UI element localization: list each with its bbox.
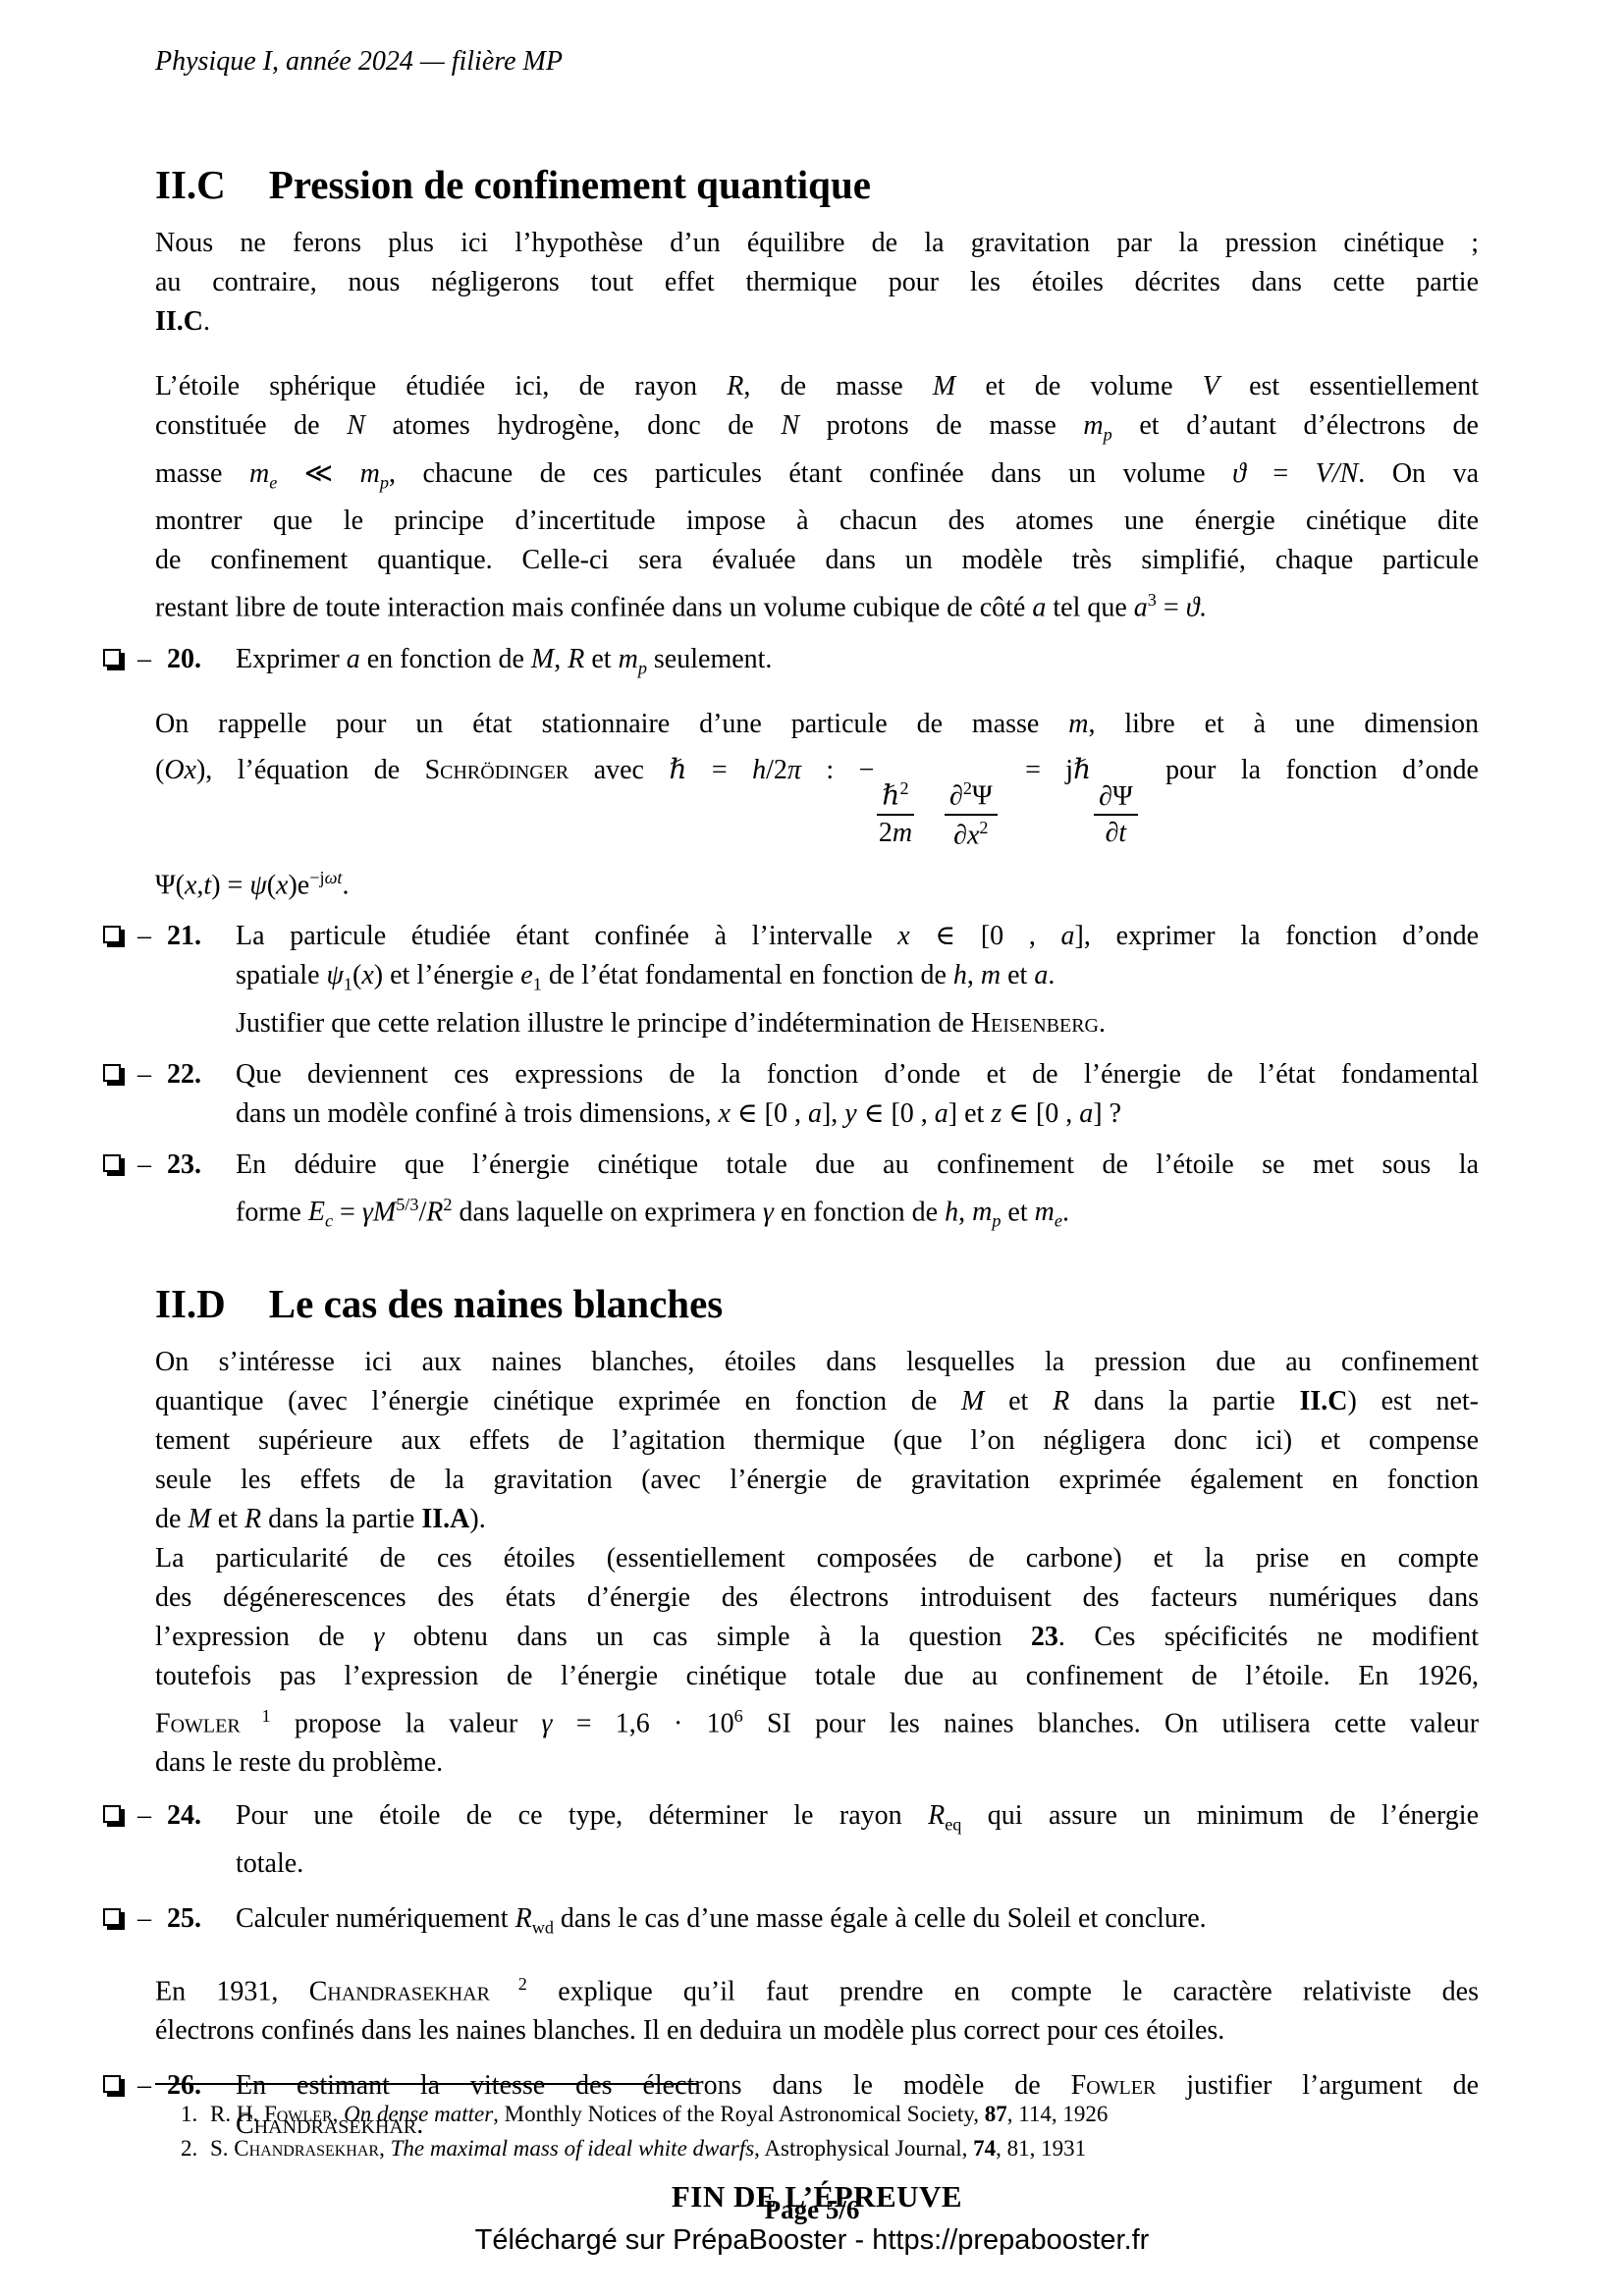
text-line: masse me ≪ mp, chacune de ces particules… [155,454,1479,503]
text-line: Pour une étoile de ce type, déterminer l… [236,1796,1479,1844]
text-line: La particularité de ces étoiles (essenti… [155,1539,1479,1578]
text-line: La particule étudiée étant confinée à l’… [236,917,1479,956]
checkbox-icon [103,649,121,667]
paragraph: On rappelle pour un état stationnaire d’… [155,705,1479,905]
text-line: En 1931, Chandrasekhar 2 explique qu’il … [155,1964,1479,2011]
text-line: Fowler 1 propose la valeur γ = 1,6 · 106… [155,1696,1479,1743]
question-item: –22.Que deviennent ces expressions de la… [155,1055,1479,1134]
running-header: Physique I, année 2024 — filière MP [155,45,1479,79]
question-marker: –23. [103,1146,236,1241]
text-line: au contraire, nous négligerons tout effe… [155,263,1479,302]
question-item: –25.Calculer numériquement Rwd dans le c… [155,1899,1479,1948]
text-line: Justifier que cette relation illustre le… [236,1004,1479,1043]
text-line: L’étoile sphérique étudiée ici, de rayon… [155,367,1479,406]
question-text: Que deviennent ces expressions de la fon… [236,1055,1479,1134]
text-line: restant libre de toute interaction mais … [155,580,1479,627]
footnotes: 1.R. H. Fowler, On dense matter, Monthly… [155,2083,1479,2165]
text-line: Calculer numériquement Rwd dans le cas d… [236,1899,1479,1948]
text-line: forme Ec = γM5/3/R2 dans laquelle on exp… [236,1185,1479,1241]
text-line: quantique (avec l’énergie cinétique expr… [155,1382,1479,1421]
section-title: Pression de confinement quantique [269,162,871,207]
question-number: 25. [167,1899,201,1939]
question-dash: – [137,1055,151,1095]
text-line: On s’intéresse ici aux naines blanches, … [155,1343,1479,1382]
question-dash: – [137,2066,151,2106]
question-text: Pour une étoile de ce type, déterminer l… [236,1796,1479,1884]
footnote-item: 2.S. Chandrasekhar, The maximal mass of … [155,2131,1479,2165]
checkbox-icon [103,1908,121,1926]
footnote-number: 1. [181,2097,210,2131]
text-line: constituée de N atomes hydrogène, donc d… [155,406,1479,454]
question-marker: –25. [103,1899,236,1948]
page-number: Page 5/6 [0,2195,1624,2224]
text-line: électrons confinés dans les naines blanc… [155,2011,1479,2051]
paragraph: Nous ne ferons plus ici l’hypothèse d’un… [155,224,1479,342]
question-item: –20.Exprimer a en fonction de M, R et mp… [155,640,1479,688]
paragraph: L’étoile sphérique étudiée ici, de rayon… [155,367,1479,628]
question-number: 24. [167,1796,201,1836]
question-item: –24.Pour une étoile de ce type, détermin… [155,1796,1479,1884]
text-line: Ψ(x,t) = ψ(x)e−jωt. [155,858,1479,905]
text-line: spatiale ψ1(x) et l’énergie e1 de l’état… [236,956,1479,1004]
question-text: En déduire que l’énergie cinétique total… [236,1146,1479,1241]
paragraph: En 1931, Chandrasekhar 2 explique qu’il … [155,1964,1479,2051]
footnote-item: 1.R. H. Fowler, On dense matter, Monthly… [155,2097,1479,2131]
checkbox-icon [103,1805,121,1823]
text-line: II.C. [155,302,1479,342]
paragraph: La particularité de ces étoiles (essenti… [155,1539,1479,1783]
question-number: 22. [167,1055,201,1095]
footnote-text: R. H. Fowler, On dense matter, Monthly N… [210,2097,1479,2131]
text-line: Que deviennent ces expressions de la fon… [236,1055,1479,1095]
section-number: II.D [155,1281,226,1326]
text-line: dans le reste du problème. [155,1743,1479,1783]
text-line: l’expression de γ obtenu dans un cas sim… [155,1618,1479,1657]
question-dash: – [137,640,151,679]
section-number: II.C [155,162,226,207]
question-marker: –24. [103,1796,236,1884]
question-marker: –20. [103,640,236,688]
checkbox-icon [103,1064,121,1082]
question-item: –21.La particule étudiée étant confinée … [155,917,1479,1043]
footnote-number: 2. [181,2131,210,2165]
question-marker: –21. [103,917,236,1043]
section-heading: II.CPression de confinement quantique [155,161,1479,208]
question-marker: –22. [103,1055,236,1134]
footnote-list: 1.R. H. Fowler, On dense matter, Monthly… [155,2097,1479,2165]
checkbox-icon [103,2075,121,2093]
text-line: toutefois pas l’expression de l’énergie … [155,1657,1479,1696]
text-line: dans un modèle confiné à trois dimension… [236,1095,1479,1134]
text-line: En déduire que l’énergie cinétique total… [236,1146,1479,1185]
section-title: Le cas des naines blanches [269,1281,723,1326]
document-page: Physique I, année 2024 — filière MP II.C… [0,0,1624,2296]
page-footer: Page 5/6 Téléchargé sur PrépaBooster - h… [0,2195,1624,2257]
text-line: On rappelle pour un état stationnaire d’… [155,705,1479,744]
text-line: des dégénerescences des états d’énergie … [155,1578,1479,1618]
text-line: totale. [236,1844,1479,1884]
question-number: 20. [167,640,201,679]
checkbox-icon [103,1154,121,1172]
paragraph: On s’intéresse ici aux naines blanches, … [155,1343,1479,1539]
text-line: de confinement quantique. Celle-ci sera … [155,541,1479,580]
section-heading: II.DLe cas des naines blanches [155,1280,1479,1327]
text-line: montrer que le principe d’incertitude im… [155,502,1479,541]
question-number: 21. [167,917,201,956]
question-dash: – [137,1146,151,1185]
text-line: Nous ne ferons plus ici l’hypothèse d’un… [155,224,1479,263]
text-line: Exprimer a en fonction de M, R et mp seu… [236,640,1479,688]
document-body: Physique I, année 2024 — filière MP II.C… [155,45,1479,2216]
text-line: seule les effets de la gravitation (avec… [155,1461,1479,1500]
footnote-rule [155,2083,697,2085]
question-text: Exprimer a en fonction de M, R et mp seu… [236,640,1479,688]
question-text: La particule étudiée étant confinée à l’… [236,917,1479,1043]
text-line: (Ox), l’équation de Schrödinger avec ℏ =… [155,744,1479,858]
text-line: tement supérieure aux effets de l’agitat… [155,1421,1479,1461]
checkbox-icon [103,926,121,943]
question-number: 23. [167,1146,201,1185]
download-credit: Téléchargé sur PrépaBooster - https://pr… [0,2224,1624,2257]
question-text: Calculer numériquement Rwd dans le cas d… [236,1899,1479,1948]
question-dash: – [137,1899,151,1939]
blocks-container: II.CPression de confinement quantiqueNou… [155,161,1479,2216]
question-dash: – [137,917,151,956]
question-item: –23.En déduire que l’énergie cinétique t… [155,1146,1479,1241]
footnote-text: S. Chandrasekhar, The maximal mass of id… [210,2131,1479,2165]
question-dash: – [137,1796,151,1836]
text-line: de M et R dans la partie II.A). [155,1500,1479,1539]
